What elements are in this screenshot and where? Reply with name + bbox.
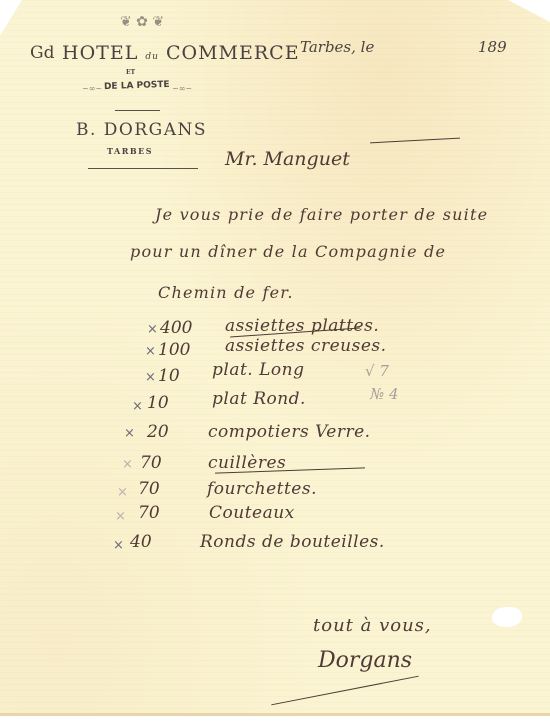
item-qty: 400: [160, 318, 192, 338]
item-qty: 20: [147, 422, 169, 442]
closing-line: tout à vous,: [313, 615, 432, 636]
item-desc: plat. Long: [212, 360, 304, 380]
item-qty: 10: [147, 393, 169, 413]
salutation: Mr. Manguet: [225, 148, 350, 170]
item-qty: 70: [138, 479, 160, 499]
ornament-right-icon: ~∞~: [172, 84, 192, 93]
list-item: × 70 Couteaux: [0, 503, 550, 533]
body-line: pour un dîner de la Compagnie de: [130, 242, 446, 261]
item-desc: compotiers Verre.: [208, 422, 371, 442]
dateline-place: Tarbes, le: [300, 38, 374, 56]
letterhead-et: ET: [126, 69, 135, 76]
letterhead-ornament-icon: ❦ ✿ ❦: [120, 14, 164, 30]
dateline-year: 189: [478, 38, 507, 56]
check-mark-icon: ×: [145, 370, 156, 385]
list-item: × 40 Ronds de bouteilles.: [0, 532, 550, 562]
check-mark-icon: ×: [115, 509, 126, 524]
letterhead-city: TARBES: [107, 146, 153, 156]
letterhead-divider: [88, 168, 198, 169]
ornament-left-icon: ~∞~: [82, 84, 102, 93]
letterhead-divider: [115, 110, 160, 111]
check-mark-icon: ×: [147, 322, 158, 337]
margin-note: √ 7: [365, 362, 389, 380]
letterhead-commerce: COMMERCE: [166, 42, 300, 64]
check-mark-icon: ×: [122, 457, 133, 472]
body-line: Je vous prie de faire porter de suite: [155, 205, 488, 224]
signature: Dorgans: [318, 648, 412, 673]
letterhead-proprietor: B. DORGANS: [76, 120, 207, 140]
item-qty: 70: [138, 503, 160, 523]
list-item: × 20 compotiers Verre.: [0, 422, 550, 452]
item-desc: Couteaux: [209, 503, 295, 523]
item-desc: Ronds de bouteilles.: [200, 532, 385, 552]
check-mark-icon: ×: [124, 426, 135, 441]
check-mark-icon: ×: [113, 538, 124, 553]
letterhead-hotel: HOTEL: [62, 42, 138, 64]
list-item: × 10 plat Rond. № 4: [0, 393, 550, 423]
body-line: Chemin de fer.: [158, 283, 294, 302]
check-mark-icon: ×: [132, 399, 143, 414]
margin-note: № 4: [370, 385, 399, 403]
check-mark-icon: ×: [145, 344, 156, 359]
letterhead-du: du: [145, 52, 159, 62]
paper-hole: [492, 607, 522, 627]
item-qty: 70: [140, 453, 162, 473]
letterhead-hotel-name: HOTEL du COMMERCE: [62, 42, 300, 64]
item-qty: 10: [158, 366, 180, 386]
item-desc: assiettes creuses.: [225, 336, 387, 356]
check-mark-icon: ×: [117, 485, 128, 500]
item-qty: 40: [130, 532, 152, 552]
item-qty: 100: [158, 340, 190, 360]
item-desc: assiettes plattes.: [225, 316, 379, 336]
letterhead-grand: Gd: [30, 43, 54, 63]
item-desc: fourchettes.: [207, 479, 317, 499]
item-desc: plat Rond.: [212, 389, 306, 409]
